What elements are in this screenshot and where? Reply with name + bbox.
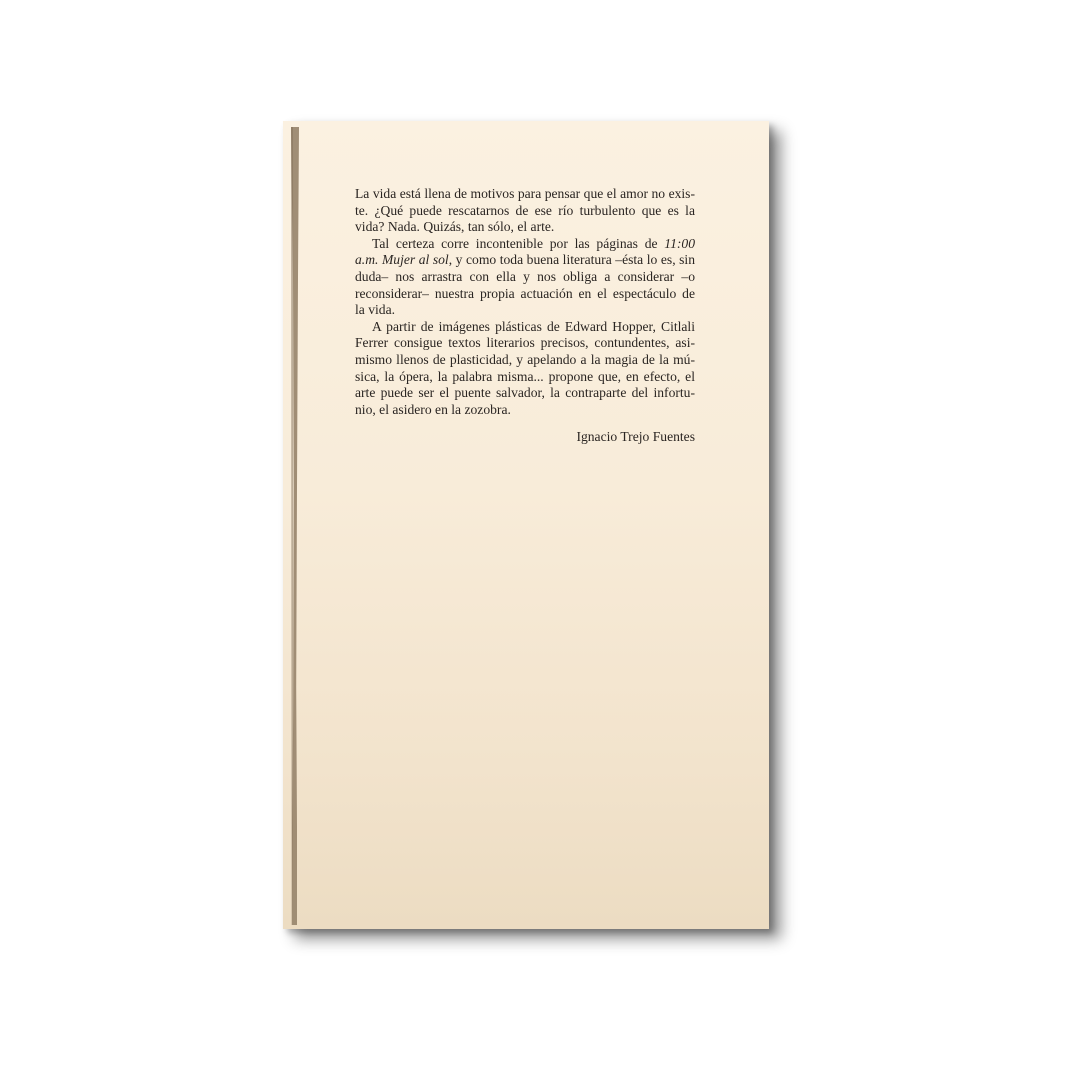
blurb-line: reconsiderar– nuestra propia actuación e… xyxy=(355,286,695,303)
blurb-text: La vida está llena de motivos para pensa… xyxy=(355,186,695,446)
blurb-line: arte puede ser el puente salvador, la co… xyxy=(355,385,695,402)
blurb-paragraph: Tal certeza corre incontenible por las p… xyxy=(355,236,695,319)
blurb-line: te. ¿Qué puede rescatarnos de ese río tu… xyxy=(355,203,695,220)
blurb-line: a.m. Mujer al sol, y como toda buena lit… xyxy=(355,252,695,269)
blurb-line: nio, el asidero en la zozobra. xyxy=(355,402,695,419)
blurb-signature: Ignacio Trejo Fuentes xyxy=(355,429,695,446)
blurb-paragraph: A partir de imágenes plásticas de Edward… xyxy=(355,319,695,419)
book-back-cover: La vida está llena de motivos para pensa… xyxy=(283,121,769,929)
blurb-line: la vida. xyxy=(355,302,695,319)
blurb-line: duda– nos arrastra con ella y nos obliga… xyxy=(355,269,695,286)
blurb-line: A partir de imágenes plásticas de Edward… xyxy=(355,319,695,336)
spine-strip xyxy=(289,127,301,925)
book-title-italic: 11:00 xyxy=(664,236,695,251)
blurb-line: Tal certeza corre incontenible por las p… xyxy=(355,236,695,253)
blurb-line: sica, la ópera, la palabra misma... prop… xyxy=(355,369,695,386)
blurb-line: mismo llenos de plasticidad, y apelando … xyxy=(355,352,695,369)
blurb-line: vida? Nada. Quizás, tan sólo, el arte. xyxy=(355,219,695,236)
blurb-paragraphs: La vida está llena de motivos para pensa… xyxy=(355,186,695,418)
blurb-line: Ferrer consigue textos literarios precis… xyxy=(355,335,695,352)
blurb-paragraph: La vida está llena de motivos para pensa… xyxy=(355,186,695,236)
book-title-italic: a.m. Mujer al sol xyxy=(355,252,449,267)
blurb-line: La vida está llena de motivos para pensa… xyxy=(355,186,695,203)
